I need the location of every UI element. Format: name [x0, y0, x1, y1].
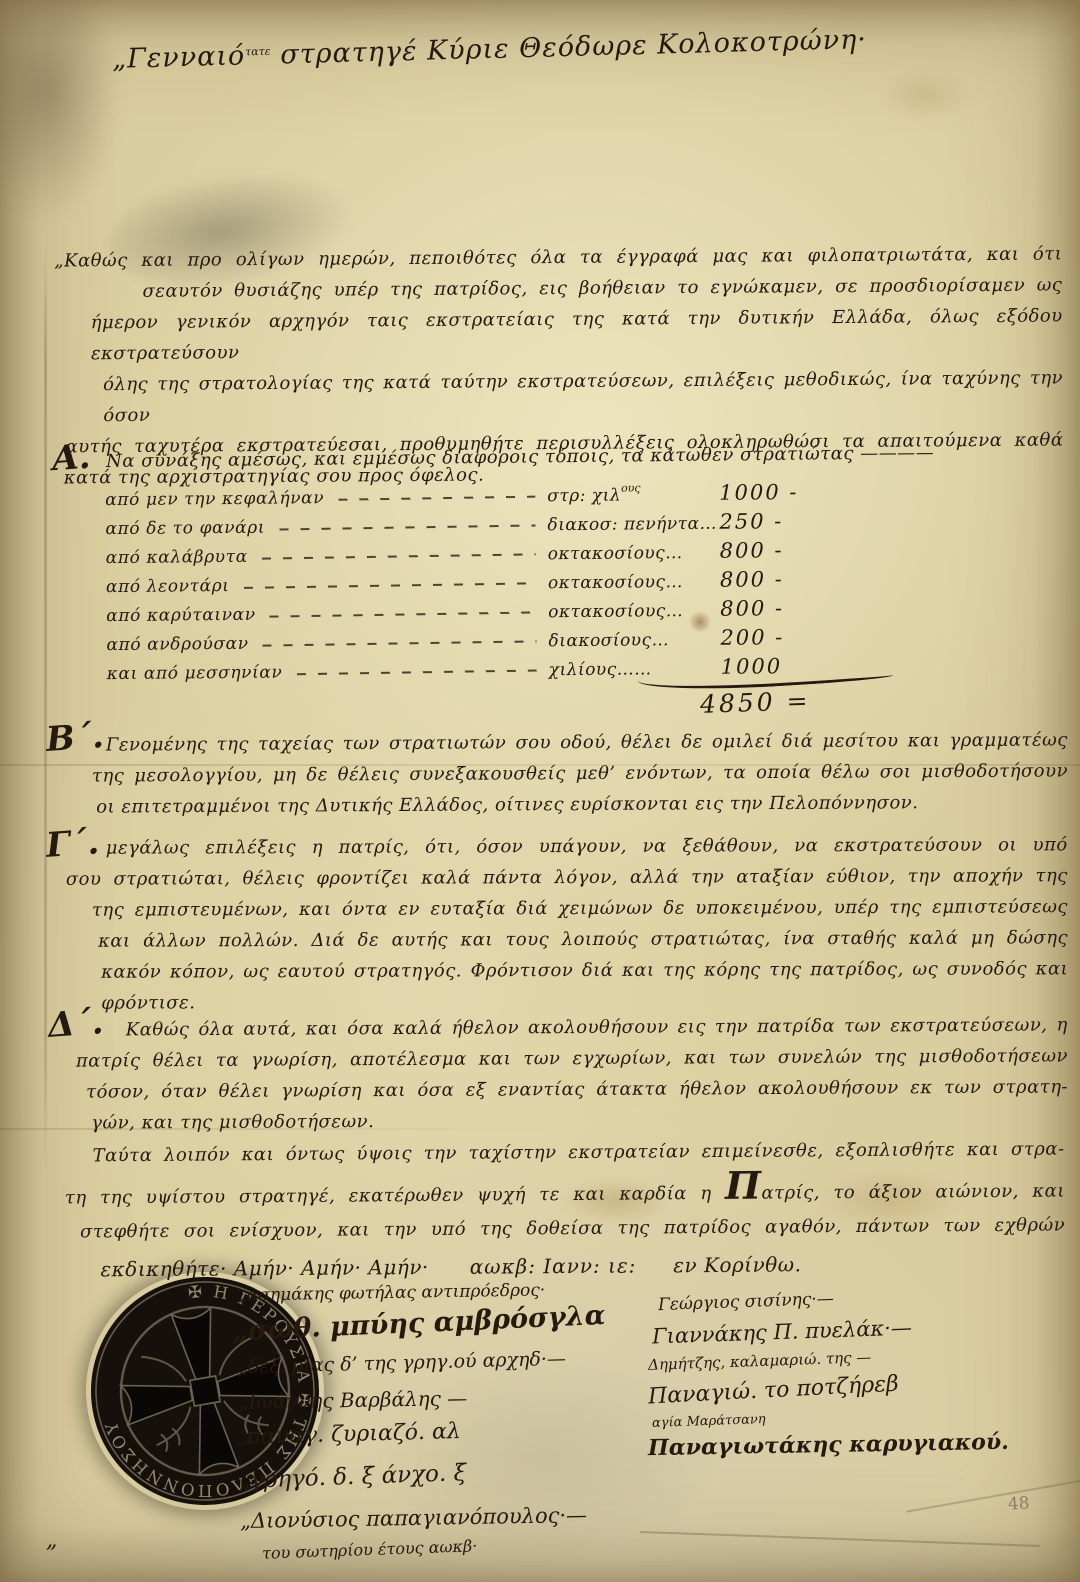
section-b-paragraph: Γενομένης της ταχείας των στρατιωτών σου…	[106, 724, 1068, 822]
bottom-quote-mark: „	[46, 1528, 57, 1553]
section-d-letter: Δ΄.	[47, 1002, 105, 1046]
section-c-line: μεγάλως επιλέξεις η πατρίς, ότι, όσον υπ…	[106, 829, 1068, 863]
troop-source: από δε το φανάρι	[105, 518, 265, 539]
patris-initial: Π	[725, 1163, 762, 1208]
troop-source: από καρύταιναν	[106, 605, 256, 626]
signature-date-note: του σωτηρίου έτους αωκβ·	[262, 1536, 478, 1563]
section-d-line: πατρίς θέλει τα γνωρίση, αποτέλεσμα και …	[76, 1040, 1068, 1076]
troop-qty-word: οκτακοσίους…	[548, 543, 720, 565]
section-b-line: της μεσολογγίου, μη δε θέλεις συνεξακουσ…	[92, 755, 1068, 791]
paper-crease	[44, 250, 47, 1170]
troop-qty-word: στρ: χιλ	[547, 486, 621, 507]
document-title: „Γενναιότατε στρατηγέ Κύριε Θεόδωρε Κολο…	[112, 24, 868, 75]
dash-leader	[270, 611, 537, 617]
intro-line: όλης της στρατολογίας της κατά ταύτην εκ…	[103, 362, 1063, 431]
closing-line: τη της υψίστου στρατηγέ, εκατέρωθεν ψυχή…	[65, 1167, 1065, 1216]
troop-amount: 800 -	[720, 538, 812, 563]
dash-leader	[279, 524, 535, 530]
troop-qty-word: χιλίους……	[549, 659, 721, 681]
dash-leader	[262, 553, 536, 559]
section-c-line: κακόν κόπον, ως εαυτού στρατηγός. Φρόντι…	[101, 953, 1068, 987]
section-a-letter: Α.	[51, 437, 92, 480]
troop-source: από ανδρούσαν	[106, 634, 248, 655]
signature: Παναγιώ. το ποτζήρεβ	[648, 1371, 900, 1409]
title-text-rest: στρατηγέ Κύριε Θεόδωρε Κολοκοτρώνη·	[270, 24, 867, 71]
manuscript-page: „Γενναιότατε στρατηγέ Κύριε Θεόδωρε Κολο…	[0, 0, 1080, 1582]
closing-text: τη της υψίστου στρατηγέ, εκατέρωθεν ψυχή…	[65, 1183, 725, 1209]
section-c-line: της εμπιστευμένων, και όντα εν ευταξία δ…	[92, 891, 1068, 925]
closing-text: ατρίς, το άξιον αιώνιον, και	[761, 1181, 1065, 1204]
section-c-line: και άλλων πολλών. Διά δε αυτής και τους …	[98, 922, 1068, 956]
signature: Γεώργιος σισίνης·—	[658, 1289, 834, 1315]
dash-leader	[244, 582, 536, 589]
troop-source: και από μεσσηνίαν	[107, 663, 283, 685]
title-text: „Γενναιό	[112, 40, 246, 74]
signature: Γιαννάκης Π. πυελάκ·—	[652, 1315, 913, 1348]
signature: Παναγιωτάκης καρυγιακού.	[648, 1429, 1009, 1461]
section-b-line: Γενομένης της ταχείας των στρατιωτών σου…	[106, 724, 1068, 760]
section-c-paragraph: μεγάλως επιλέξεις η πατρίς, ότι, όσον υπ…	[106, 829, 1069, 1018]
troop-qty-word: οκτακοσίους…	[548, 572, 720, 594]
troop-list: από μεν την κεφαλήναν στρ: χιλους 1000 -…	[105, 480, 813, 689]
date-text: αωκβ: Ιανν: ιε:	[470, 1254, 637, 1279]
signature: „Διονύσιος παπαγιανόπουλος·—	[240, 1503, 587, 1533]
troop-list-row: και από μεσσηνίαν χιλίους…… 1000	[107, 654, 813, 689]
dash-leader	[296, 669, 536, 675]
paper-crease	[906, 1479, 1080, 1512]
troop-source: από καλάβρυτα	[106, 547, 248, 568]
troop-amount: 1000	[721, 654, 813, 679]
section-b-line: οι επιτετραμμένοι της Δυτικής Ελλάδος, ο…	[96, 786, 1068, 822]
paper-crease	[640, 1531, 1040, 1547]
troop-amount: 800 -	[720, 596, 812, 621]
troop-source: από μεν την κεφαλήναν	[105, 488, 324, 510]
signature: „Ιωάννης Βαρβάλης —	[238, 1386, 468, 1414]
dash-leader	[263, 640, 537, 646]
troop-qty-word: οκτακοσίους…	[548, 601, 720, 623]
section-d-paragraph: Καθώς όλα αυτά, και όσα καλά ήθελον ακολ…	[106, 1009, 1069, 1138]
troop-amount: 250 -	[719, 509, 811, 534]
archive-number: 48	[1007, 1493, 1030, 1514]
troop-amount: 1000 -	[719, 480, 811, 505]
signature-note: αγία Μαράτσανη	[652, 1412, 766, 1431]
section-d-line: Καθώς όλα αυτά, και όσα καλά ήθελον ακολ…	[126, 1009, 1068, 1045]
troop-qty-word: διακοσ: πενήντα…	[547, 514, 719, 536]
closing-line: στεφθήτε σοι ενίσχυον, και την υπό της δ…	[80, 1209, 1065, 1250]
signature: „ασημάκης φωτήλας αντιπρόεδρος·	[238, 1280, 546, 1305]
troop-amount: 200 -	[720, 625, 812, 650]
title-abbreviation: τατε	[245, 45, 271, 59]
qty-abbreviation: ους	[621, 481, 641, 494]
paper-stain	[880, 70, 970, 120]
signature: „πανάγ. ζυριαζό. αλ	[235, 1419, 461, 1450]
signature: Δημήτζης, καλαμαριώ. της —	[648, 1348, 872, 1374]
corner-shadow	[0, 0, 120, 220]
section-c-line: σου στρατιώται, θέλεις φροντίζει καλά πά…	[66, 860, 1068, 894]
place-text: εν Κορίνθω.	[673, 1252, 801, 1277]
troop-total: 4850 =	[700, 686, 811, 719]
troop-amount: 800 -	[720, 567, 812, 592]
section-b-letter: Β΄.	[45, 716, 105, 760]
dash-leader	[338, 495, 535, 500]
troop-qty-word: διακοσίους…	[548, 630, 720, 652]
section-c-letter: Γ΄.	[45, 822, 101, 866]
section-d-line: τόσον, όταν θέλει γνωρίση και όσα εξ ενα…	[86, 1071, 1068, 1107]
troop-source: από λεοντάρι	[106, 576, 230, 597]
intro-line: ήμερον γενικόν αρχηγόν ταις εκστρατείαις…	[91, 300, 1063, 369]
